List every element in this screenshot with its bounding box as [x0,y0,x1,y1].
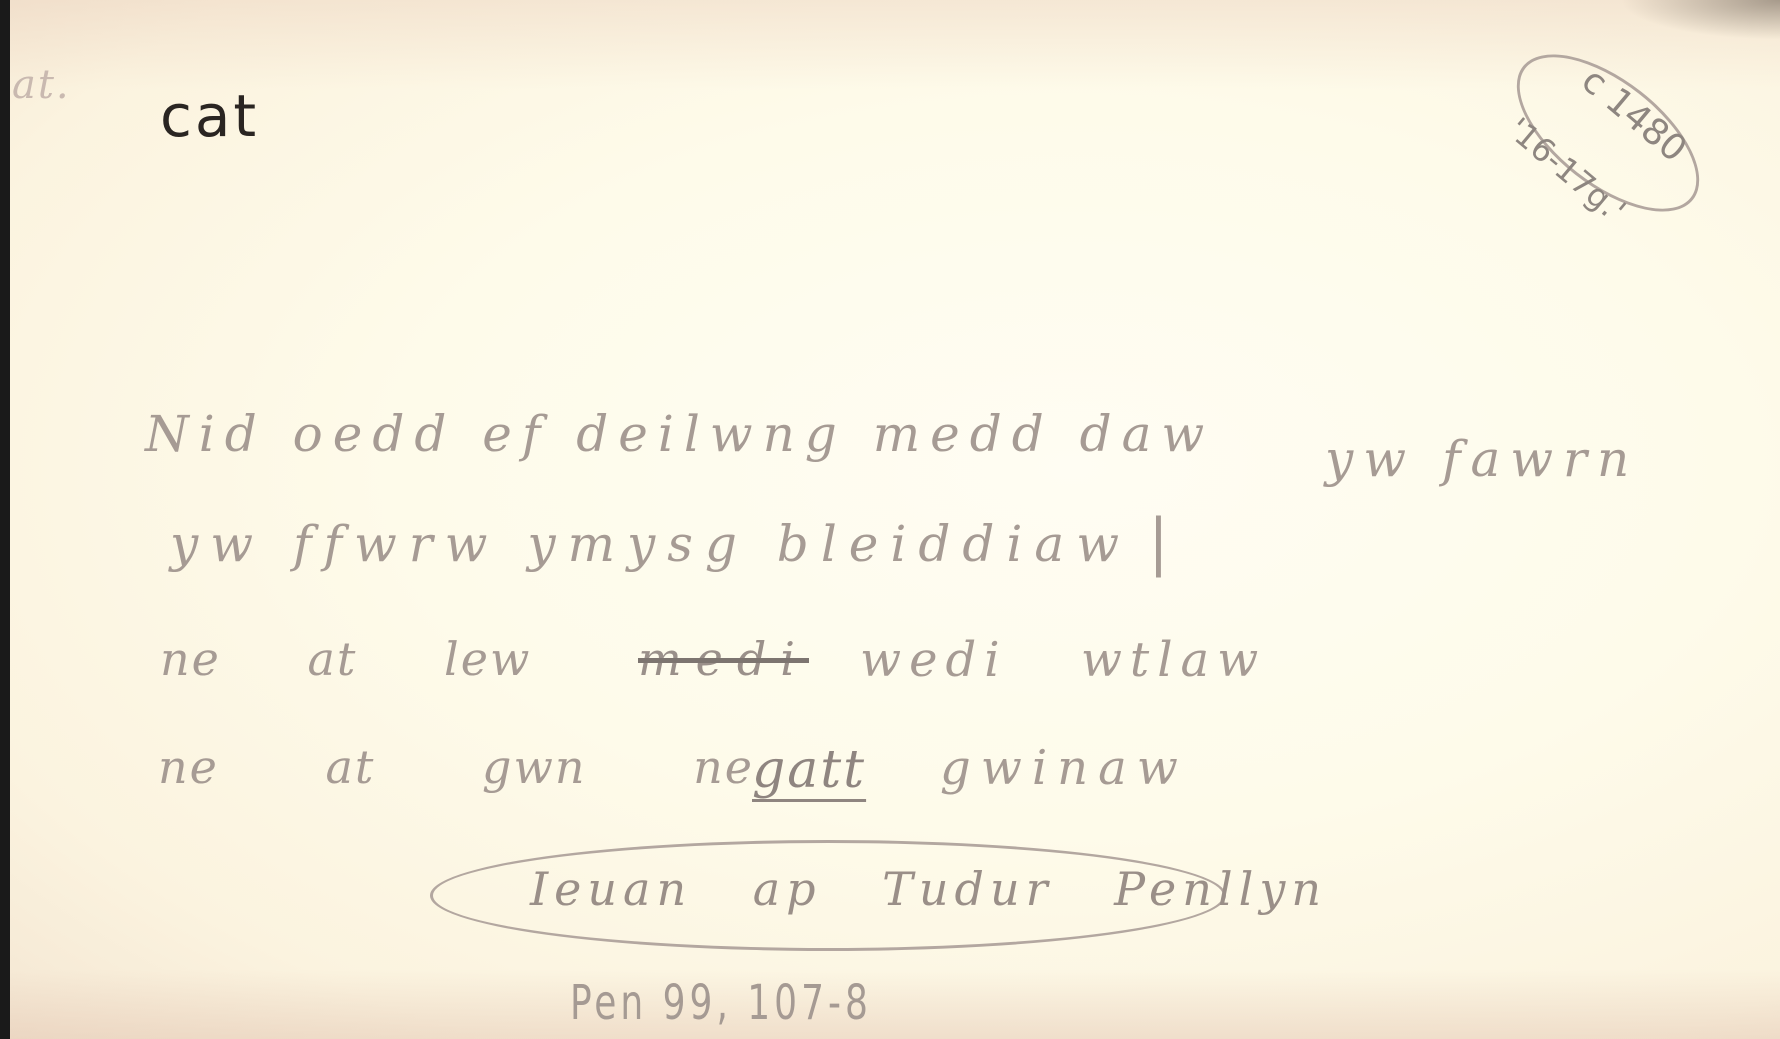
quote-line-1-part-1: Nid oedd ef deilwng medd daw [145,405,1214,463]
author-name: Ieuan ap Tudur Penllyn [530,862,1327,916]
quote-line-4-part-2: gwinaw [940,740,1188,796]
quote-line-3-part-2: wedi wtlaw [860,632,1266,688]
struck-out-word: medi [638,632,809,686]
headword: cat [160,82,259,150]
quote-line-2-part-1: yw ffwrw ymysg bleiddiaw [170,515,1131,573]
corner-shadow [1620,0,1780,40]
date-annotation: c 1480 '16-17g.' [1480,40,1720,230]
paper-stain-bottom [10,969,1780,1039]
quote-line-1-part-2: yw fawrn [1325,430,1639,488]
citation-slip: at. cat c 1480 '16-17g.' Nid oedd ef dei… [10,0,1780,1039]
quote-line-4-part-1: ne at gwn ne [158,740,754,794]
source-reference: Pen 99, 107-8 [570,976,872,1031]
quote-line-3-part-1: ne at lew [160,632,531,686]
quote-line-2-caesura: | [1148,505,1171,578]
underlined-keyword: gatt [752,740,866,800]
margin-label: at. [12,62,71,108]
